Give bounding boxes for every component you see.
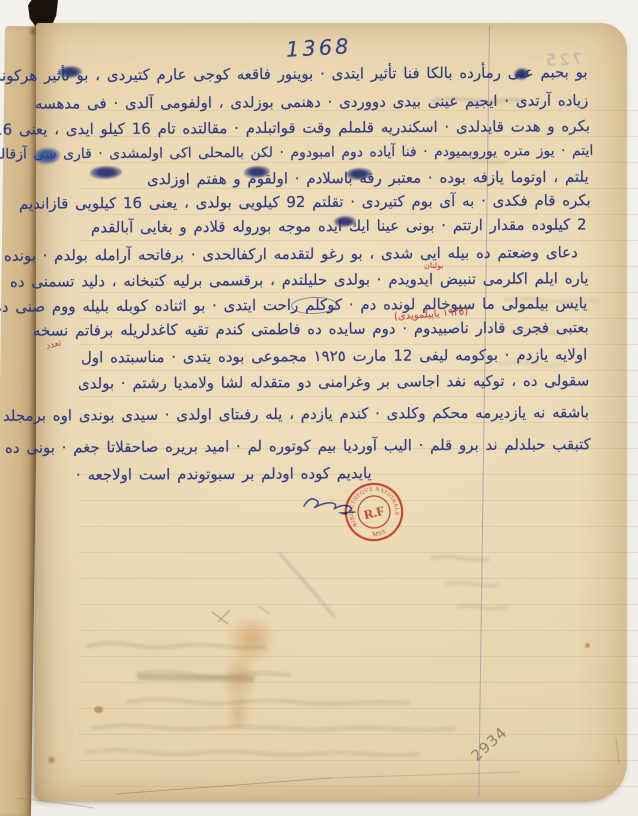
manuscript-line: دعاى وضعتم ده بيله ايى شدى ، بو رغو لتقد… [4,242,578,266]
manuscript-line: باشقه نه يازديرمه محكم وكلدى · كندم يازد… [3,402,589,426]
red-annotation-small: بولنان [424,261,444,270]
stamp-center-text: R.F [362,503,386,523]
paper-speck [48,757,55,763]
manuscript-line: ياره ايلم اكلرمى تنبيض ايدويدم · بولدى ح… [10,268,589,292]
manuscript-line: يايديم كوده اودلم بر سبوتوندم است اولاجع… [76,463,372,485]
manuscript-line: سقولى ده ، توكيه نفد اجاسى بر وغرامنى دو… [78,370,589,393]
paper-speck [585,643,590,648]
manuscript-line: اولايه يازدم · بوكومه ليفى 12 مارت ١٩٢٥ … [81,344,587,367]
manuscript-line: ايتم · يوز متره يوروبميودم · فنا آياده د… [0,141,593,165]
folio-number: 1368 [285,34,352,61]
manuscript-line: بو بحبم عنى رمأرده بالكا فنا تأثير ايتدى… [0,62,588,86]
paper-stain [193,613,290,734]
manuscript-line: زياده آرتدى · ايجيم عينى بيدى دووردى · د… [35,90,588,113]
scanned-document-background: 1368 725 بو بحبم عنى رمأرده بالكا فنا تأ… [0,0,638,816]
paper-speck [94,706,103,713]
manuscript-line: بكره قام فكدى · به آى بوم كتيردى · تقلتم… [19,190,591,213]
manuscript-line: بكره و هدت قايدلدى · اسكندريه قلملم وقت … [0,116,590,140]
manuscript-line: كتبقب حبلدلم ند برو قلم · اليب آورديا بي… [5,434,591,458]
manuscript-line: بعتبى فجرى قادار ناصبيدوم · دوم سايده ده… [33,317,589,340]
